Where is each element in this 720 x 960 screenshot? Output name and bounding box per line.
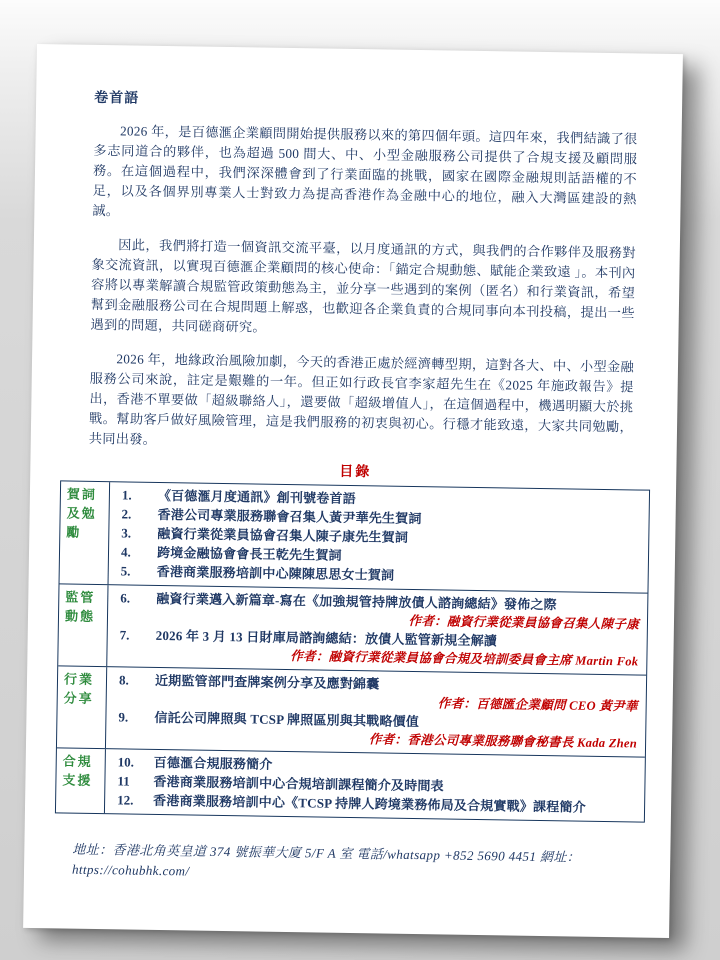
toc-group-label: 監管動態 — [58, 584, 108, 666]
toc-item-number: 12. — [113, 790, 153, 810]
toc-item-number: 3. — [117, 523, 157, 543]
toc-group-greetings: 賀詞及勉勵 1. 《百德滙月度通訊》創刊號卷首語 2. 香港公司專業服務聯會召集… — [60, 481, 650, 592]
toc-item-number: 9. — [114, 707, 154, 727]
toc-group-items: 6. 融資行業邁入新篇章-寫在《加強規管持牌放債人諮詢總結》發佈之際 作者：融資… — [107, 585, 647, 674]
toc-item-number: 4. — [117, 542, 157, 562]
toc-item-number: 10. — [114, 752, 154, 772]
page-footer: 地址：香港北角英皇道 374 號振華大廈 5/F A 室 電話/whatsapp… — [72, 840, 627, 889]
toc-group-compliance: 合規支援 10. 百德滙合規服務簡介 11 香港商業服務培訓中心合規培訓課程簡介… — [56, 747, 645, 821]
footer-url: https://cohubhk.com/ — [72, 862, 190, 879]
toc-group-regulatory: 監管動態 6. 融資行業邁入新篇章-寫在《加強規管持牌放債人諮詢總結》發佈之際 … — [58, 583, 647, 674]
toc-group-items: 8. 近期監管部門查牌案例分享及應對錦囊 作者：百德匯企業顧問 CEO 黃尹華 … — [106, 667, 646, 756]
foreword-paragraph-1: 2026 年，是百德滙企業顧問開始提供服務以來的第四個年頭。這四年來，我們結識了… — [92, 121, 638, 230]
toc-item-number: 11 — [113, 771, 153, 791]
toc-group-items: 10. 百德滙合規服務簡介 11 香港商業服務培訓中心合規培訓課程簡介及時間表 … — [105, 749, 645, 821]
toc-item-number: 6. — [116, 588, 156, 608]
section-title: 卷首語 — [94, 87, 638, 116]
toc-group-label: 合規支援 — [56, 748, 106, 813]
toc-group-label: 賀詞及勉勵 — [60, 481, 111, 584]
toc-item-number: 2. — [117, 504, 157, 524]
toc-item-number: 1. — [118, 485, 158, 505]
toc-item-number: 7. — [116, 625, 156, 645]
foreword-paragraph-2: 因此，我們將打造一個資訊交流平臺，以月度通訊的方式，與我們的合作夥伴及服務對象交… — [90, 235, 636, 344]
toc-group-label: 行業分享 — [57, 666, 107, 748]
toc-item-number: 8. — [115, 670, 155, 690]
foreword-paragraph-3: 2026 年，地緣政治風險加劇，今天的香港正處於經濟轉型期，這對各大、中、小型金… — [89, 349, 635, 458]
toc-table: 賀詞及勉勵 1. 《百德滙月度通訊》創刊號卷首語 2. 香港公司專業服務聯會召集… — [55, 480, 650, 822]
document-page: 卷首語 2026 年，是百德滙企業顧問開始提供服務以來的第四個年頭。這四年來，我… — [23, 44, 683, 938]
toc-group-items: 1. 《百德滙月度通訊》創刊號卷首語 2. 香港公司專業服務聯會召集人黃尹華先生… — [109, 482, 650, 592]
toc-item-number: 5. — [117, 561, 157, 581]
footer-address: 地址：香港北角英皇道 374 號振華大廈 5/F A 室 電話/whatsapp… — [72, 842, 580, 865]
toc-group-industry: 行業分享 8. 近期監管部門查牌案例分享及應對錦囊 作者：百德匯企業顧問 CEO… — [57, 665, 646, 756]
